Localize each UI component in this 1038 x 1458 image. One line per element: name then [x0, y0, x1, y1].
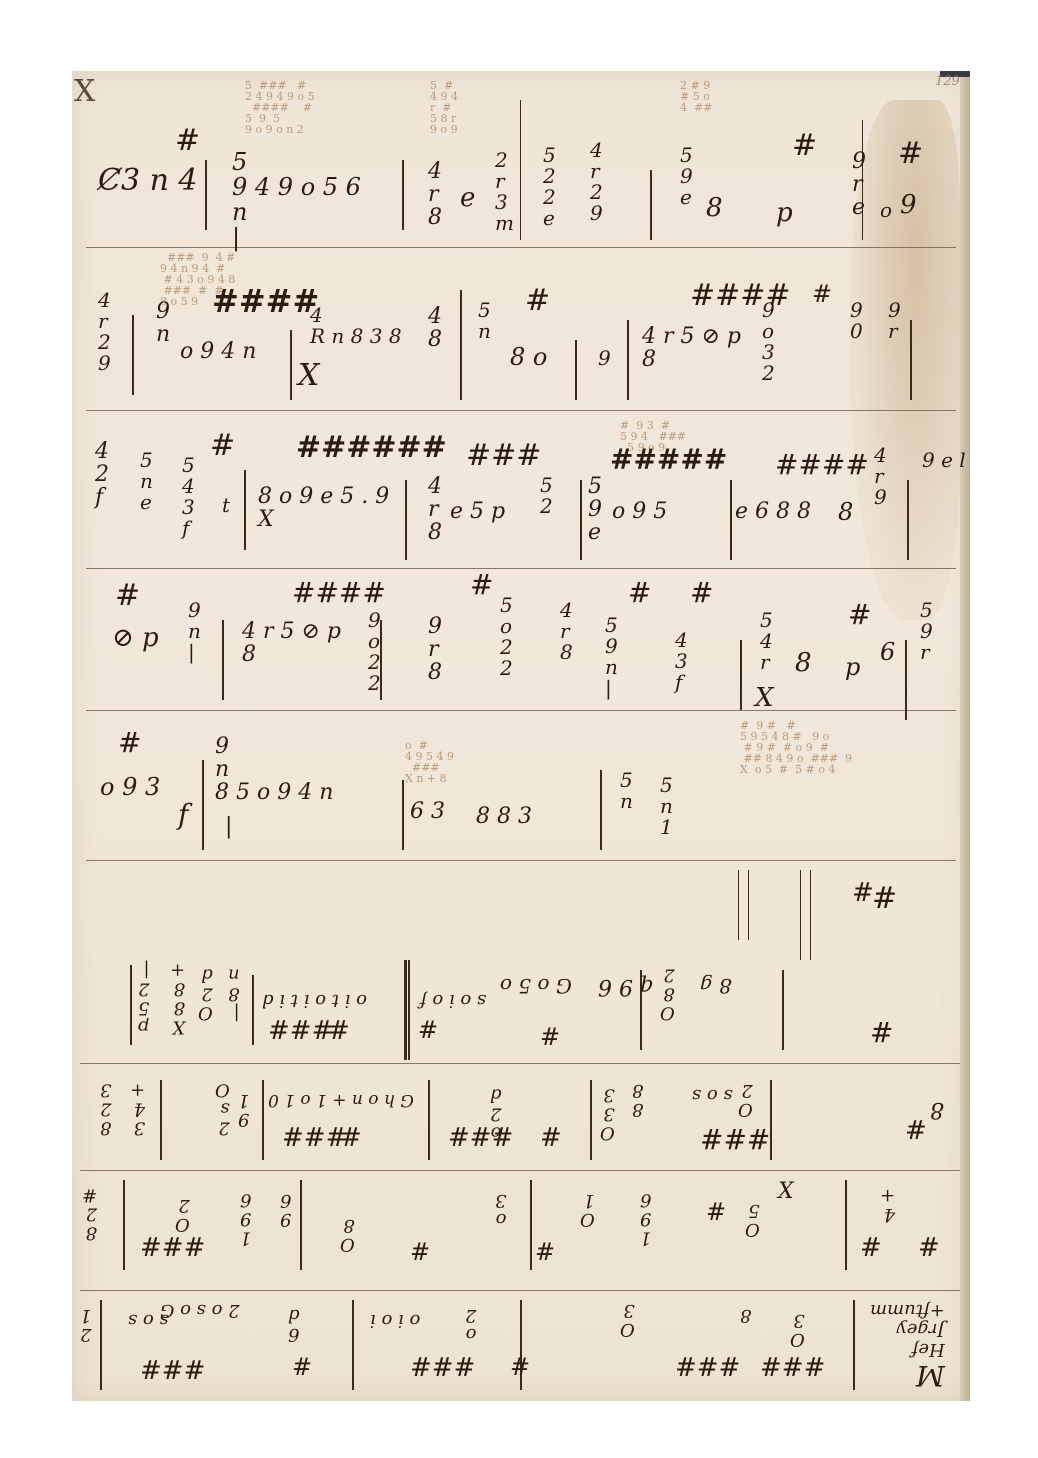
tablature-glyph: 4 2 f — [95, 440, 109, 509]
tablature-glyph: ### — [140, 1235, 205, 1262]
tablature-glyph: p 5 2 | — [138, 960, 150, 1036]
tablature-glyph: 1 9 6 — [640, 1190, 651, 1247]
tablature-glyph: 4 + — [880, 1185, 895, 1223]
tablature-glyph: ### — [448, 1125, 513, 1152]
tablature-glyph: 9 n | — [188, 600, 201, 663]
tablature-glyph: Ȼ3 n 4 — [98, 165, 198, 197]
tablature-glyph: 5 o 2 2 — [500, 595, 513, 679]
barline — [100, 1300, 102, 1390]
barline — [460, 290, 462, 400]
corner-mark: X — [74, 74, 95, 109]
tablature-glyph: 4 r 8 — [428, 475, 442, 544]
signature-line: +ftumm — [870, 1300, 945, 1320]
barline — [580, 480, 582, 560]
tablature-glyph: 9 6 — [280, 1190, 291, 1228]
tablature-glyph: G h o n + 1 o 1 0 — [268, 1090, 414, 1108]
tablature-glyph: t — [222, 495, 230, 516]
tablature-glyph: 5 9 n | — [605, 615, 618, 699]
faded-annotation: # 9 # # 5 9 5 4 8 # 9 o # 9 # # o 9 # ##… — [740, 720, 852, 775]
tablature-glyph: 8 — [740, 1305, 751, 1324]
tablature-glyph: ### — [675, 1355, 740, 1382]
signature-line: M — [870, 1359, 945, 1390]
tablature-glyph: 8 — [795, 650, 812, 677]
system-rule-2 — [86, 410, 956, 411]
tablature-glyph: ### — [700, 1125, 770, 1154]
barline — [252, 975, 254, 1045]
tablature-glyph: # — [540, 1125, 562, 1152]
tablature-glyph: # — [175, 125, 200, 157]
barline — [748, 870, 749, 940]
signature-line: Jrgey — [870, 1320, 945, 1340]
tablature-glyph: 9 r e — [852, 150, 866, 219]
tablature-glyph: 8 2 # — [82, 1185, 97, 1242]
system-rule-6 — [80, 1063, 960, 1064]
tablature-glyph: 4 8 — [428, 305, 442, 351]
tablature-glyph: ###### — [296, 432, 447, 464]
tablature-glyph: 9 o 2 2 — [368, 610, 381, 694]
tablature-glyph: 5 n e — [140, 450, 153, 513]
tablature-glyph: 6 — [880, 640, 895, 665]
barline — [810, 870, 811, 960]
tablature-glyph: X — [298, 360, 319, 392]
system-rule-8 — [80, 1290, 960, 1291]
tablature-glyph: 4 r 2 9 — [98, 290, 111, 374]
tablature-glyph: O 5 — [745, 1200, 760, 1238]
tablature-glyph: 4 3 f — [675, 630, 688, 693]
tablature-glyph: # — [540, 1025, 560, 1050]
tablature-glyph: # — [340, 1125, 362, 1152]
tablature-glyph: 8 g — [700, 975, 732, 996]
barline — [650, 170, 652, 240]
tablature-glyph: # — [852, 880, 874, 907]
barline — [730, 480, 732, 560]
tablature-glyph: # — [470, 570, 493, 599]
tablature-glyph: ### — [268, 1018, 333, 1045]
barline — [160, 1080, 162, 1160]
tablature-glyph: 8 — [706, 195, 723, 222]
tablature-glyph: ### — [140, 1358, 205, 1385]
barline — [262, 1080, 264, 1160]
tablature-glyph: #### — [775, 450, 869, 479]
tablature-glyph: 9 n — [156, 300, 170, 346]
tablature-glyph: 5 9 e — [588, 475, 602, 544]
system-rule-5 — [86, 860, 956, 861]
tablature-glyph: #### — [690, 280, 791, 312]
barline — [402, 160, 404, 230]
tablature-glyph: 1 9 6 — [240, 1190, 251, 1247]
tablature-glyph: | 8 n — [228, 965, 240, 1022]
barline — [782, 970, 784, 1050]
barline — [853, 1300, 855, 1390]
tablature-glyph: 8 8 — [632, 1080, 643, 1118]
tablature-glyph: ### — [760, 1355, 825, 1382]
tablature-glyph: o 9 5 — [612, 500, 667, 523]
tablature-glyph: 4 r 5 ⊘ p 8 — [242, 620, 341, 666]
barline — [405, 960, 407, 1060]
tablature-glyph: 9 — [900, 192, 917, 219]
tablature-glyph: # — [706, 1200, 726, 1225]
tablature-glyph: ##### — [610, 445, 727, 474]
tablature-glyph: 5 n — [620, 770, 633, 812]
tablature-glyph: # — [292, 1355, 312, 1380]
tablature-glyph: X — [755, 685, 774, 712]
page-spine-edge — [960, 71, 970, 1401]
tablature-glyph: 5 4 r — [760, 610, 773, 673]
tablature-glyph: # — [418, 1018, 438, 1043]
tablature-glyph: 6 3 — [410, 800, 445, 823]
tablature-glyph: # — [918, 1235, 940, 1262]
water-stain — [850, 100, 960, 620]
tablature-glyph: # — [410, 1240, 430, 1265]
tablature-glyph: o i t o i t i d — [262, 990, 367, 1009]
tablature-glyph: 2 o s o G — [160, 1300, 240, 1319]
tablature-glyph: O 1 — [580, 1190, 595, 1228]
tablature-glyph: e 6 8 8 — [735, 500, 811, 523]
faded-annotation: 5 ### # 2 4 9 4 9 o 5 #### # 5 9 5 9 o 9… — [245, 80, 315, 135]
tablature-glyph: X 8 8 + — [170, 960, 185, 1036]
barline — [244, 470, 246, 550]
tablature-glyph: o 3 — [495, 1190, 506, 1228]
tablature-glyph: O 2 — [175, 1195, 190, 1233]
tablature-glyph: # — [525, 285, 550, 317]
signature: M Hef Jrgey +ftumm — [870, 1300, 945, 1390]
tablature-glyph: 8 8 3 — [476, 805, 532, 828]
tablature-glyph: 2 1 — [80, 1305, 91, 1343]
barline — [575, 340, 577, 400]
tablature-glyph: ### — [282, 1125, 347, 1152]
tablature-glyph: 8 o 9 e 5 . 9 X — [258, 485, 389, 531]
tablature-glyph: ⊘ p — [112, 625, 159, 652]
tablature-glyph: # — [905, 1118, 927, 1145]
tablature-glyph: 9 o 3 2 — [762, 300, 775, 384]
tablature-glyph: p — [845, 655, 860, 680]
tablature-glyph: 9 0 — [850, 300, 863, 342]
tablature-glyph: O 3 3 — [600, 1085, 615, 1142]
tablature-glyph: # — [115, 580, 140, 612]
barline — [907, 480, 909, 560]
barline — [905, 640, 907, 720]
tablature-glyph: | — [225, 815, 232, 838]
tablature-glyph: # — [792, 130, 817, 162]
tablature-glyph: 9 r 8 — [428, 615, 442, 684]
tablature-glyph: X — [778, 1180, 794, 1203]
tablature-glyph: 9 — [598, 348, 611, 369]
tablature-glyph: O 8 — [340, 1215, 355, 1253]
system-rule-7 — [80, 1170, 960, 1171]
tablature-glyph: O 3 — [790, 1310, 805, 1348]
tablature-glyph: 5 9 r — [920, 600, 933, 663]
barline — [132, 315, 134, 395]
tablature-glyph: 3 4 + — [130, 1080, 145, 1137]
barline — [290, 330, 292, 400]
tablature-glyph: 5 9 e — [680, 145, 693, 208]
barline — [740, 640, 742, 710]
tablature-glyph: p — [776, 200, 793, 227]
tablature-glyph: 9 r — [888, 300, 901, 342]
barline — [590, 1080, 592, 1160]
barline — [352, 1300, 354, 1390]
tablature-glyph: # — [628, 578, 651, 607]
tablature-glyph: o — [880, 200, 892, 221]
tablature-glyph: o 9 3 — [100, 775, 160, 800]
tablature-glyph: o i o i — [370, 1310, 420, 1329]
tablature-glyph: # — [860, 1235, 882, 1262]
tablature-glyph: 8 — [838, 500, 853, 525]
tablature-glyph: 5 4 3 f — [182, 455, 195, 539]
tablature-glyph: 4 r 9 — [874, 445, 887, 508]
tablature-glyph: O 2 — [738, 1080, 753, 1118]
tablature-glyph: s o s — [692, 1085, 733, 1104]
tablature-glyph: 6 d — [288, 1305, 300, 1343]
barline — [800, 870, 801, 960]
barline — [600, 770, 602, 850]
faded-annotation: 2 # 9 # 5 o 4 ## — [680, 80, 712, 113]
barline — [300, 1180, 302, 1270]
barline — [530, 1180, 532, 1270]
tablature-glyph: 5 n — [478, 300, 491, 342]
barline — [205, 160, 207, 230]
barline — [402, 780, 404, 850]
tablature-glyph: 8 o — [510, 345, 547, 370]
faded-annotation: 5 # 4 9 4 r # 5 8 r 9 o 9 — [430, 80, 458, 135]
tablature-glyph: O 2 d — [198, 965, 213, 1022]
barline — [202, 760, 204, 850]
tablature-glyph: q 9 6 — [598, 975, 654, 998]
barline — [123, 1180, 125, 1270]
tablature-glyph: 9 e l — [922, 450, 966, 471]
tablature-glyph: #### — [292, 578, 386, 607]
barline — [405, 480, 407, 560]
tablature-glyph: f — [178, 800, 188, 829]
barline — [845, 1180, 847, 1270]
tablature-glyph: 2 s O — [215, 1080, 230, 1137]
tablature-glyph: # — [812, 282, 832, 307]
tablature-glyph: # — [848, 600, 871, 629]
tablature-glyph: 2 r 3 m — [495, 150, 514, 234]
barline — [738, 870, 739, 940]
tablature-glyph: 9 n 8 5 o 9 4 n — [215, 735, 333, 804]
tablature-glyph: 5 2 — [540, 475, 553, 517]
system-rule-4 — [86, 710, 956, 711]
tablature-glyph: 8 — [930, 1098, 944, 1121]
barline — [910, 320, 912, 400]
tablature-glyph: 4 r 2 9 — [590, 140, 603, 224]
tablature-glyph: # — [870, 1018, 893, 1047]
tablature-glyph: 5 n 1 — [660, 775, 673, 838]
barline — [428, 1080, 430, 1160]
tablature-glyph: # — [872, 880, 897, 912]
barline — [408, 960, 410, 1060]
tablature-glyph: e — [460, 185, 475, 212]
barline — [520, 100, 521, 240]
tablature-glyph: # — [118, 728, 141, 757]
tablature-glyph: 8 2 3 — [100, 1080, 111, 1137]
tablature-glyph: #### — [212, 285, 319, 319]
tablature-glyph: O 8 2 — [660, 965, 675, 1022]
tablature-glyph: G o 5 o — [500, 975, 572, 996]
tablature-glyph: 4 r 5 ⊘ p 8 — [642, 325, 741, 371]
tablature-glyph: 5 2 2 e — [543, 145, 556, 229]
tablature-glyph: # — [510, 1355, 530, 1380]
tablature-glyph: o 2 — [465, 1305, 476, 1343]
signature-line: Hef — [870, 1340, 945, 1360]
tablature-glyph: 5 9 4 9 o 5 6 n | — [232, 150, 361, 251]
tablature-glyph: s o i o f — [420, 990, 486, 1009]
system-rule-3 — [86, 568, 956, 569]
tablature-glyph: # — [210, 430, 235, 462]
barline — [627, 320, 629, 400]
barline — [130, 965, 132, 1045]
tablature-glyph: ### — [410, 1355, 475, 1382]
tablature-glyph: 4 r 8 — [560, 600, 573, 663]
barline — [222, 620, 224, 700]
page-number: 129 — [935, 74, 960, 89]
tablature-glyph: o 9 4 n — [180, 340, 256, 363]
tablature-glyph: ### — [466, 440, 541, 472]
tablature-glyph: e 5 p — [450, 500, 505, 523]
tablature-glyph: 9 1 — [238, 1090, 249, 1128]
tablature-glyph: # — [535, 1240, 555, 1265]
system-rule-1 — [86, 247, 956, 248]
faded-annotation: o # 4 9 5 4 9 ### X n + 8 — [405, 740, 454, 784]
tablature-glyph: # — [690, 578, 713, 607]
tablature-glyph: 4 r 8 — [428, 160, 442, 229]
tablature-glyph: O 3 — [620, 1300, 635, 1338]
tablature-glyph: 4 R n 8 3 8 — [310, 305, 402, 347]
tablature-glyph: # — [328, 1018, 350, 1045]
tablature-glyph: # — [898, 138, 923, 170]
